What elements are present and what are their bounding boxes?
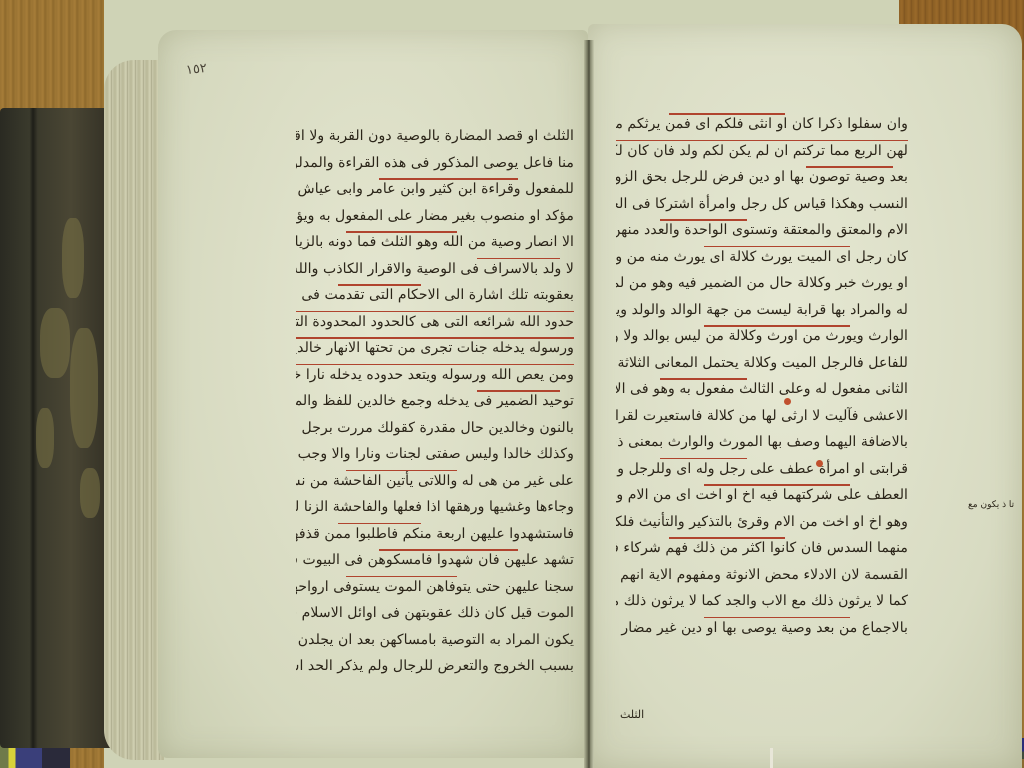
- text-line: للمفعول وقراءة ابن كثير وابن عامر وابى ع…: [296, 177, 574, 204]
- text-line: بالاضافة اليهما وصف بها المورث والوارث ب…: [616, 430, 908, 457]
- folio-number: ١٥٢: [185, 61, 207, 78]
- text-line: لهن الربع مما تركتم ان لم يكن لكم ولد فا…: [616, 139, 908, 166]
- red-verse-marker: [784, 398, 791, 405]
- text-line: له والمراد بها قرابة ليست من جهة الوالد …: [616, 298, 908, 325]
- text-line: وهو اخ او اخت من الام وقرئ بالتذكير والت…: [616, 510, 908, 537]
- text-line: الثلث او قصد المضارة بالوصية دون القربة …: [296, 124, 574, 151]
- right-page-text: وان سفلوا ذكرا كان او انثى فلكم اى فمن ي…: [616, 112, 908, 642]
- text-line: ومن يعص الله ورسوله ويتعد حدوده يدخله نا…: [296, 363, 574, 390]
- catchword: الثلث: [620, 708, 644, 721]
- text-line: النسب وهكذا قياس كل رجل وامرأة اشتركا فى…: [616, 192, 908, 219]
- text-line: او يورث خبر وكلالة حال من الضمير فيه وهو…: [616, 271, 908, 298]
- margin-note: تا ذ يكون مع: [968, 500, 1014, 510]
- text-line: منهما السدس فان كانوا اكثر من ذلك فهم شر…: [616, 536, 908, 563]
- text-line: الاعشى فآليت لا ارثى لها من كلالة فاستعي…: [616, 404, 908, 431]
- text-line: توحيد الضمير فى يدخله وجمع خالدين للفظ و…: [296, 389, 574, 416]
- text-line: الوارث ويورث من اورث وكلالة من ليس بوالد…: [616, 324, 908, 351]
- text-line: وكذلك خالدا وليس صفتى لجنات ونارا والا و…: [296, 442, 574, 469]
- text-line: ورسوله يدخله جنات تجرى من تحتها الانهار …: [296, 336, 574, 363]
- book-gutter: [584, 40, 594, 768]
- text-line: للفاعل فالرجل الميت وكلالة يحتمل المعانى…: [616, 351, 908, 378]
- text-line: الموت قيل كان ذلك عقوبتهن فى اوائل الاسل…: [296, 601, 574, 628]
- text-line: العطف على شركتهما فيه اخ او اخت اى من ال…: [616, 483, 908, 510]
- text-line: يكون المراد به التوصية بامساكهن بعد ان ي…: [296, 628, 574, 655]
- text-line: بالاجماع من بعد وصية يوصى بها او دين غير…: [616, 616, 908, 643]
- text-line: على غير من هى له واللاتى يأتين الفاحشة م…: [296, 469, 574, 496]
- leather-book-cover: [0, 108, 118, 748]
- text-line: لا ولد بالاسراف فى الوصية والاقرار الكاذ…: [296, 257, 574, 284]
- text-line: وان سفلوا ذكرا كان او انثى فلكم اى فمن ي…: [616, 112, 908, 139]
- text-line: بسبب الخروج والتعرض للرجال ولم يذكر الحد…: [296, 654, 574, 681]
- red-verse-marker: [816, 460, 823, 467]
- text-line: وجاءها وغشيها ورهقها اذا فعلها والفاحشة …: [296, 495, 574, 522]
- text-line: بعد وصية توصون بها او دين فرض للرجل بحق …: [616, 165, 908, 192]
- text-line: كما لا يرثون ذلك مع الاب والجد كما لا ير…: [616, 589, 908, 616]
- text-line: سجنا عليهن حتى يتوفاهن الموت يستوفى اروا…: [296, 575, 574, 602]
- text-line: القسمة لان الادلاء محض الانوثة ومفهوم ال…: [616, 563, 908, 590]
- text-line: منا فاعل يوصى المذكور فى هذه القراءة وال…: [296, 151, 574, 178]
- text-line: الام والمعتق والمعتقة وتستوى الواحدة وال…: [616, 218, 908, 245]
- text-line: بعقوبته تلك اشارة الى الاحكام التى تقدمت…: [296, 283, 574, 310]
- text-line: الا انصار وصية من الله وهو الثلث فما دون…: [296, 230, 574, 257]
- text-line: كان رجل اى الميت يورث كلالة اى يورث منه …: [616, 245, 908, 272]
- bookmark-strip: [770, 748, 773, 768]
- text-line: فاستشهدوا عليهن اربعة منكم فاطلبوا ممن ق…: [296, 522, 574, 549]
- text-line: مؤكد او منصوب بغير مضار على المفعول به و…: [296, 204, 574, 231]
- text-line: قرابتى او امرأة عطف على رجل وله اى وللرج…: [616, 457, 908, 484]
- text-line: الثانى مفعول له وعلى الثالث مفعول به وهو…: [616, 377, 908, 404]
- text-line: حدود الله شرائعه التى هى كالحدود المحدود…: [296, 310, 574, 337]
- text-line: بالنون وخالدين حال مقدرة كقولك مررت برجل…: [296, 416, 574, 443]
- left-page-text: الثلث او قصد المضارة بالوصية دون القربة …: [296, 124, 574, 681]
- text-line: تشهد عليهن فان شهدوا فامسكوهن فى البيوت …: [296, 548, 574, 575]
- page-block-edge: [104, 60, 164, 760]
